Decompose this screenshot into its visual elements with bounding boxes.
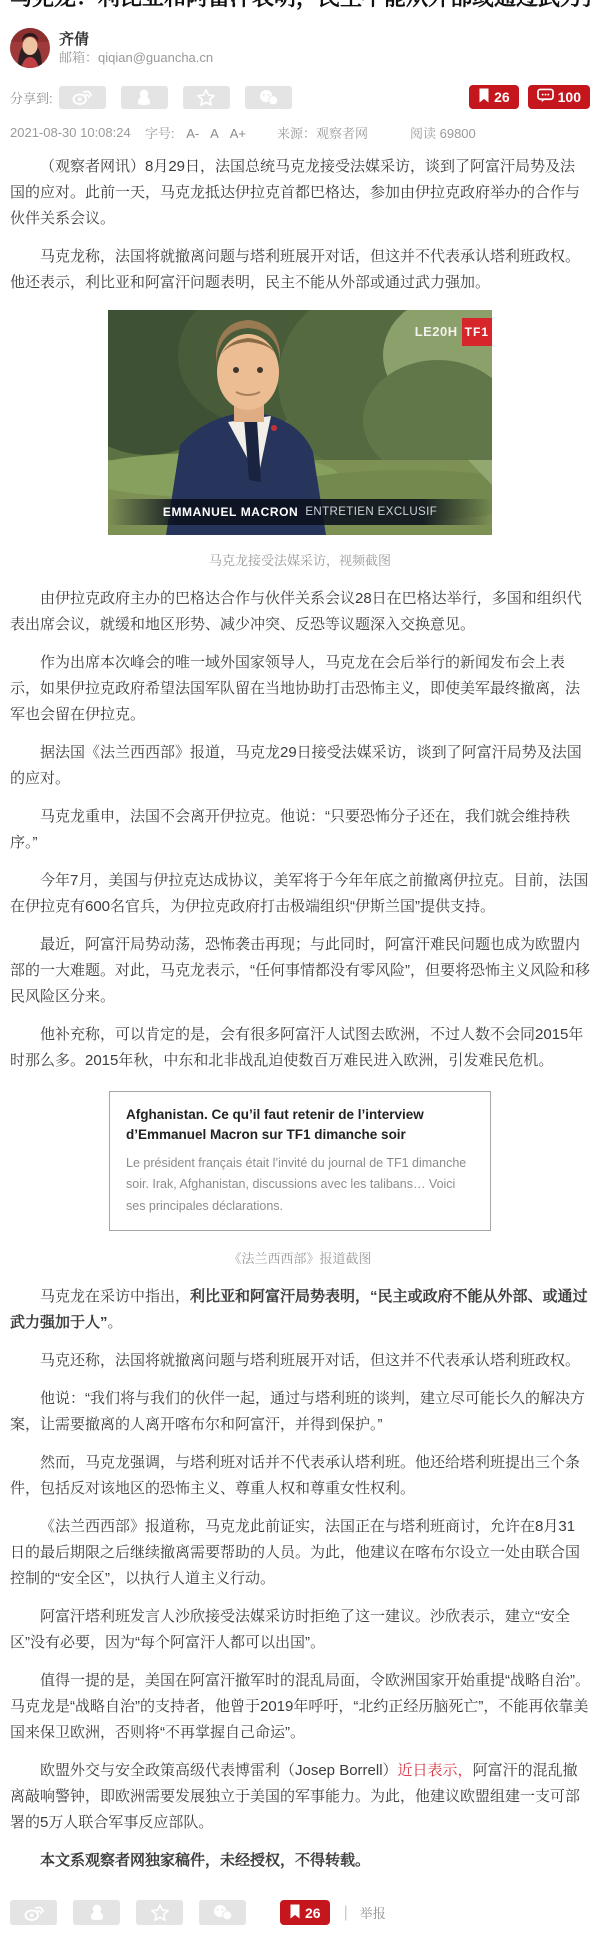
publish-datetime: 2021-08-30 10:08:24 bbox=[10, 125, 145, 140]
paragraph: 然而，马克龙强调，与塔利班对话并不代表承认塔利班。他还给塔利班提出三个条件，包括… bbox=[10, 1450, 590, 1502]
paragraph: 由伊拉克政府主办的巴格达合作与伙伴关系会议28日在巴格达举行，多国和组织代表出席… bbox=[10, 586, 590, 638]
paragraph: 马克还称，法国将就撤离问题与塔利班展开对话，但这并不代表承认塔利班政权。 bbox=[10, 1348, 590, 1374]
share-qq-button[interactable] bbox=[121, 86, 168, 109]
article-body-1: （观察者网讯）8月29日，法国总统马克龙接受法媒采访，谈到了阿富汗局势及法国的应… bbox=[10, 154, 590, 296]
figure-caption: 马克龙接受法媒采访，视频截图 bbox=[10, 548, 590, 574]
le20h-label: LE20H bbox=[415, 319, 458, 345]
source-link[interactable]: 观察者网 bbox=[316, 126, 368, 141]
paragraph: 他说：“我们将与我们的伙伴一起，通过与塔利班的谈判，建立尽可能长久的解决方案，让… bbox=[10, 1386, 590, 1438]
press-screenshot-box: Afghanistan. Ce qu’il faut retenir de l’… bbox=[109, 1091, 491, 1231]
fontsize-normal[interactable]: A bbox=[210, 126, 219, 141]
paragraph: 最近，阿富汗局势动荡，恐怖袭击再现；与此同时，阿富汗难民问题也成为欧盟内部的一大… bbox=[10, 932, 590, 1010]
author-email: 邮箱：qiqian@guancha.cn bbox=[59, 49, 213, 67]
comment-icon bbox=[537, 88, 558, 106]
star-icon bbox=[197, 89, 215, 106]
wechat-icon bbox=[258, 89, 279, 106]
share-weibo-button[interactable] bbox=[59, 86, 106, 109]
qq-penguin-icon bbox=[89, 1904, 105, 1921]
press-summary: Le président français était l’invité du … bbox=[126, 1153, 474, 1219]
share-qzone-button-bottom[interactable] bbox=[136, 1900, 183, 1925]
fontsize-increase[interactable]: A+ bbox=[230, 126, 246, 141]
share-qq-button-bottom[interactable] bbox=[73, 1900, 120, 1925]
video-screenshot[interactable]: LE20H TF1 EMMANUEL MACRON ENTRETIEN EXCL… bbox=[108, 310, 492, 535]
bookmark-icon bbox=[289, 1904, 305, 1922]
weibo-icon bbox=[23, 1904, 45, 1922]
paragraph: 《法兰西西部》报道称，马克龙此前证实，法国正在与塔利班商讨，允许在8月31日的最… bbox=[10, 1514, 590, 1592]
article-body-2: 由伊拉克政府主办的巴格达合作与伙伴关系会议28日在巴格达举行，多国和组织代表出席… bbox=[10, 586, 590, 1074]
tf1-logo: TF1 bbox=[462, 318, 492, 346]
paragraph: （观察者网讯）8月29日，法国总统马克龙接受法媒采访，谈到了阿富汗局势及法国的应… bbox=[10, 154, 590, 232]
report-link[interactable]: 举报 bbox=[360, 1903, 386, 1922]
share-wechat-button-bottom[interactable] bbox=[199, 1900, 246, 1925]
fontsize-label: 字号: bbox=[145, 126, 175, 141]
share-qzone-button[interactable] bbox=[183, 86, 230, 109]
author-block: 齐倩 邮箱：qiqian@guancha.cn bbox=[10, 28, 590, 68]
bottom-share-bar: 26 | 举报 bbox=[10, 1900, 590, 1925]
star-icon bbox=[151, 1904, 169, 1921]
paragraph: 今年7月，美国与伊拉克达成协议，美军将于今年年底之前撤离伊拉克。目前，法国在伊拉… bbox=[10, 868, 590, 920]
article-body-3: 马克龙在采访中指出，利比亚和阿富汗局势表明，“民主或政府不能从外部、或通过武力强… bbox=[10, 1284, 590, 1874]
bookmark-count-bottom: 26 bbox=[305, 1905, 321, 1921]
meta-bar: 2021-08-30 10:08:24 字号: A- A A+ 来源：观察者网 … bbox=[10, 123, 590, 142]
qq-penguin-icon bbox=[136, 89, 152, 106]
bookmark-button[interactable]: 26 bbox=[469, 85, 519, 109]
avatar[interactable] bbox=[10, 28, 50, 68]
paragraph: 马克龙在采访中指出，利比亚和阿富汗局势表明，“民主或政府不能从外部、或通过武力强… bbox=[10, 1284, 590, 1336]
paragraph: 本文系观察者网独家稿件，未经授权，不得转载。 bbox=[10, 1848, 590, 1874]
author-name[interactable]: 齐倩 bbox=[59, 30, 213, 49]
bookmark-count: 26 bbox=[494, 89, 510, 105]
paragraph: 作为出席本次峰会的唯一域外国家领导人，马克龙在会后举行的新闻发布会上表示，如果伊… bbox=[10, 650, 590, 728]
comment-count: 100 bbox=[558, 89, 581, 105]
share-wechat-button[interactable] bbox=[245, 86, 292, 109]
source: 来源：观察者网 bbox=[277, 123, 410, 142]
page-title-clip: 马克龙：利比亚和阿富汗表明，民主不能从外部或通过武力强加 bbox=[10, 0, 590, 13]
paragraph: 值得一提的是，美国在阿富汗撤军时的混乱局面，令欧洲国家开始重提“战略自治”。马克… bbox=[10, 1668, 590, 1746]
bookmark-button-bottom[interactable]: 26 bbox=[280, 1900, 330, 1925]
press-headline: Afghanistan. Ce qu’il faut retenir de l’… bbox=[126, 1105, 474, 1146]
read-count: 阅读 69800 bbox=[410, 123, 476, 142]
paragraph: 阿富汗塔利班发言人沙欣接受法媒采访时拒绝了这一建议。沙欣表示，建立“安全区”没有… bbox=[10, 1604, 590, 1656]
video-caption-sub: ENTRETIEN EXCLUSIF bbox=[305, 499, 437, 525]
share-weibo-button-bottom[interactable] bbox=[10, 1900, 57, 1925]
page-title: 马克龙：利比亚和阿富汗表明，民主不能从外部或通过武力强加 bbox=[10, 0, 590, 11]
share-label: 分享到: bbox=[10, 88, 53, 107]
press-caption: 《法兰西西部》报道截图 bbox=[10, 1246, 590, 1272]
video-caption-band: EMMANUEL MACRON ENTRETIEN EXCLUSIF bbox=[108, 499, 492, 525]
article: （观察者网讯）8月29日，法国总统马克龙接受法媒采访，谈到了阿富汗局势及法国的应… bbox=[10, 154, 590, 1874]
weibo-icon bbox=[71, 88, 93, 106]
wechat-icon bbox=[212, 1904, 233, 1921]
tf1-watermark: LE20H TF1 bbox=[415, 318, 492, 346]
paragraph: 他补充称，可以肯定的是，会有很多阿富汗人试图去欧洲，不过人数不会同2015年时那… bbox=[10, 1022, 590, 1074]
comment-button[interactable]: 100 bbox=[528, 85, 590, 109]
fontsize-decrease[interactable]: A- bbox=[186, 126, 199, 141]
bookmark-icon bbox=[478, 88, 494, 106]
share-bar: 分享到: 26 bbox=[10, 85, 590, 109]
paragraph: 据法国《法兰西西部》报道，马克龙29日接受法媒采访，谈到了阿富汗局势及法国的应对… bbox=[10, 740, 590, 792]
paragraph: 马克龙重申，法国不会离开伊拉克。他说：“只要恐怖分子还在，我们就会维持秩序。” bbox=[10, 804, 590, 856]
divider: | bbox=[344, 1904, 348, 1922]
paragraph: 马克龙称，法国将就撤离问题与塔利班展开对话，但这并不代表承认塔利班政权。他还表示… bbox=[10, 244, 590, 296]
paragraph: 欧盟外交与安全政策高级代表博雷利（Josep Borrell）近日表示，阿富汗的… bbox=[10, 1758, 590, 1836]
video-speaker-name: EMMANUEL MACRON bbox=[163, 499, 298, 525]
